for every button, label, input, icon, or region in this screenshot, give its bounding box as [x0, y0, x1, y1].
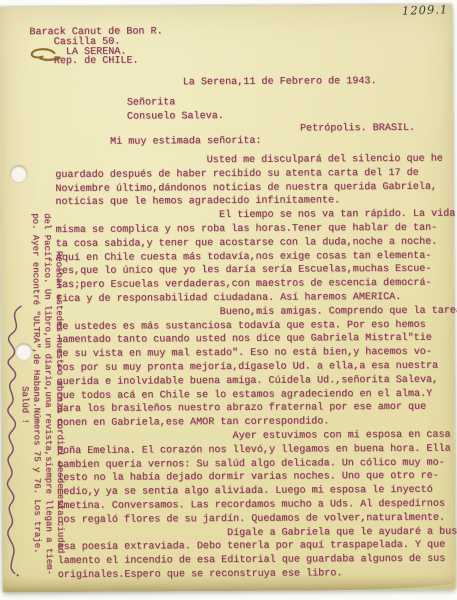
recipient-line: Señorita: [127, 96, 224, 110]
margin-typed-line: Reciban ustedes nuestro abrazo cordial d…: [52, 213, 66, 595]
margin-typed-line: po. Ayer encontré "ULTRA",de Habana.Núme…: [29, 213, 43, 595]
recipient-line: Consuelo Saleva.: [127, 110, 224, 124]
typed-line: lamento el incendio de esa Editorial que…: [58, 553, 457, 569]
scan-background: Barack Canut de Bon R. Casilla 50. LA SE…: [0, 0, 457, 600]
recipient-block: SeñoritaConsuelo Saleva.: [127, 96, 224, 124]
salutation-line: Mi muy estimada señorita:: [110, 136, 262, 148]
letter-paper: Barack Canut de Bon R. Casilla 50. LA SE…: [0, 5, 456, 593]
handwritten-paraph-mark-icon: [25, 47, 63, 70]
letter-body: Usted me disculpará del silencio que heg…: [55, 152, 457, 582]
handwritten-signature: [0, 302, 31, 582]
punch-hole-top: [10, 165, 27, 182]
archive-number: 1209.1: [402, 2, 449, 18]
typed-line: para los brasileños nuestro abrazo frate…: [57, 401, 457, 417]
date-line: La Serena,11 de Febrero de 1943.: [183, 76, 377, 88]
typed-line: originales.Espero que se reconstruya ese…: [58, 566, 457, 582]
place-line: Petrópolis. BRASIL.: [300, 123, 415, 135]
